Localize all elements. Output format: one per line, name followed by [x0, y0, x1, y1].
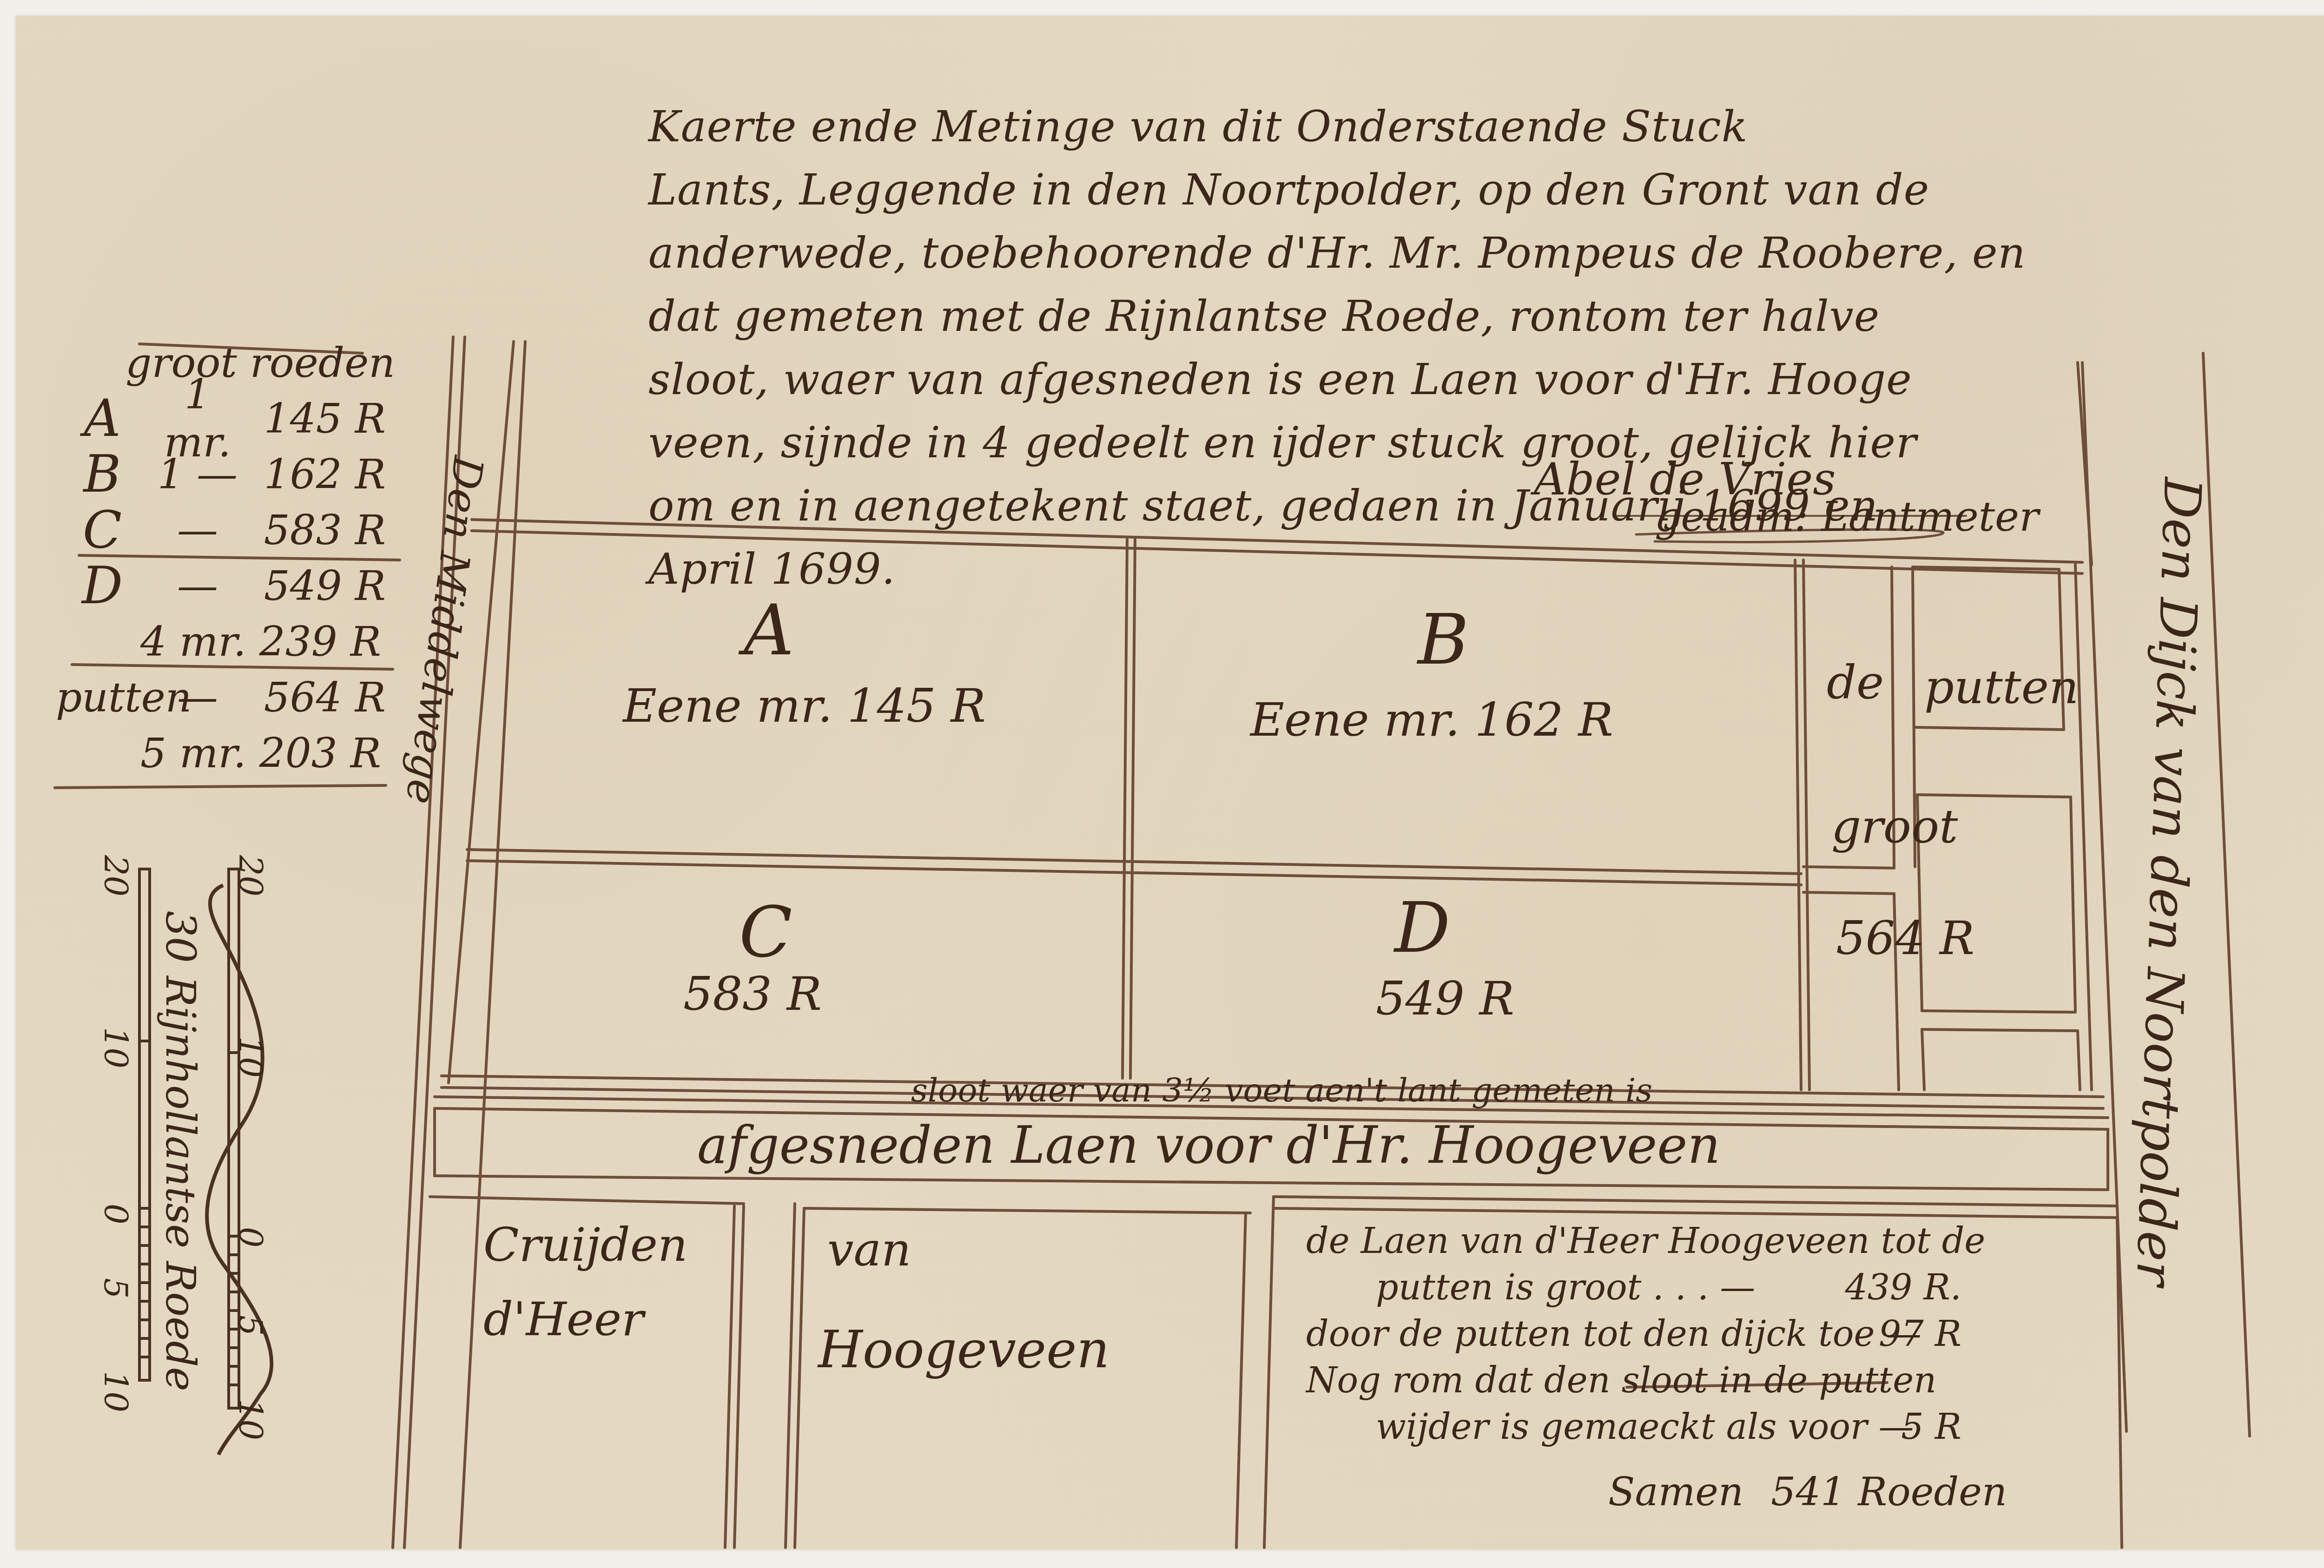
summary-roeden: 162 R	[246, 450, 386, 498]
scale-tick-right: 0	[231, 1227, 270, 1248]
summary-parcel: B	[56, 444, 149, 504]
bottom-parcel-cruijden-line2: d'Heer	[483, 1292, 644, 1346]
heading-line: April 1699.	[648, 538, 1978, 601]
heading-line: sloot, waer van afgesneden is een Laen v…	[648, 348, 1978, 411]
note-text: wijder is gemaeckt als voor —	[1376, 1403, 1841, 1450]
parcel-a-area: Eene mr. 145 R	[623, 679, 986, 733]
scale-tick-left: 0	[97, 1204, 135, 1225]
summary-subtotal: 4 mr. 239 R	[56, 613, 409, 669]
heading-line: dat gemeten met de Rijnlantse Roede, ron…	[648, 285, 1978, 348]
scale-tick-right: 5	[231, 1315, 270, 1336]
note-row: Nog rom dat den sloot in de putten	[1306, 1357, 2007, 1403]
summary-morgen: —	[149, 506, 246, 554]
note-text: de Laen van d'Heer Hoogeveen tot de	[1306, 1218, 1841, 1264]
parcel-b-label: B	[1418, 600, 1469, 680]
parcel-b-area: Eene mr. 162 R	[1250, 692, 1613, 747]
parcel-a-label: A	[744, 590, 794, 671]
note-text: Nog rom dat den sloot in de putten	[1306, 1357, 1841, 1403]
notes-total-row: Samen 541 Roeden	[1306, 1469, 2007, 1515]
notes-total-value: 541 Roeden	[1771, 1469, 2007, 1515]
summary-row: B 1 — 162 R	[56, 446, 409, 502]
note-row: de Laen van d'Heer Hoogeveen tot de	[1306, 1218, 2007, 1264]
ditch-note: sloot waer van 3½ voet aen't lant gemete…	[911, 1071, 1652, 1109]
heading-line: Kaerte ende Metinge van dit Onderstaende…	[648, 95, 1978, 158]
summary-total: 5 mr. 203 R	[56, 725, 409, 781]
summary-parcel: A	[56, 389, 149, 448]
summary-parcel: D	[56, 556, 149, 615]
summary-row: D — 549 R	[56, 558, 409, 613]
summary-putten-row: putten — 564 R	[56, 669, 409, 725]
bottom-parcel-cruijden-line1: Cruijden	[483, 1218, 687, 1272]
summary-putten-value: 564 R	[246, 673, 386, 721]
summary-roeden: 549 R	[246, 562, 386, 610]
scale-tick-right: 20	[231, 855, 270, 896]
summary-putten-dash: —	[149, 673, 246, 721]
note-text: putten is groot . . . —	[1376, 1264, 1841, 1311]
summary-putten-label: putten	[56, 673, 149, 721]
summary-row: C — 583 R	[56, 502, 409, 558]
note-row: door de putten tot den dijck toe —97 R	[1306, 1311, 2007, 1357]
putten-groot: groot	[1831, 799, 1958, 854]
putten-label-de: de	[1827, 655, 1884, 710]
surveyor-title: geadm: Lantmeter	[1655, 493, 2039, 540]
note-value: 5 R	[1841, 1403, 1961, 1450]
bottom-parcel-hoogeveen-line2: Hoogeveen	[818, 1320, 1109, 1379]
parcel-c-label: C	[739, 892, 792, 973]
summary-parcel: C	[56, 500, 149, 560]
summary-roeden: 583 R	[246, 506, 386, 554]
note-value: 97 R	[1841, 1311, 1961, 1357]
summary-table: groot roeden A 1 mr. 145 R B 1 — 162 R C…	[56, 335, 409, 781]
scale-tick-left: 10	[97, 1027, 135, 1068]
lane-strip-label: afgesneden Laen voor d'Hr. Hoogeveen	[697, 1115, 1720, 1175]
note-value: 439 R.	[1841, 1264, 1961, 1311]
parcel-c-area: 583 R	[683, 967, 822, 1021]
summary-morgen: 1 —	[149, 450, 246, 498]
summary-roeden: 145 R	[246, 395, 386, 442]
note-value	[1841, 1218, 1961, 1264]
scale-tick-left: 20	[97, 855, 135, 896]
heading-line: anderwede, toebehoorende d'Hr. Mr. Pompe…	[648, 222, 1978, 285]
scale-tick-right: 10	[231, 1399, 270, 1440]
putten-label: putten	[1924, 660, 2079, 714]
scale-bar-caption: 30 Rijnhollantse Roede	[157, 911, 205, 1391]
note-value	[1841, 1357, 1961, 1403]
scale-tick-left: 5	[97, 1278, 135, 1299]
parcel-d-area: 549 R	[1376, 971, 1514, 1026]
summary-morgen: —	[149, 562, 246, 610]
scale-tick-left: 10	[97, 1371, 135, 1412]
summary-row: A 1 mr. 145 R	[56, 390, 409, 446]
scale-tick-right: 10	[231, 1036, 270, 1078]
area-notes: de Laen van d'Heer Hoogeveen tot de putt…	[1306, 1218, 2007, 1515]
note-row: putten is groot . . . —439 R.	[1306, 1264, 2007, 1311]
note-row: wijder is gemaeckt als voor —5 R	[1306, 1403, 2007, 1450]
note-text: door de putten tot den dijck toe —	[1306, 1311, 1841, 1357]
heading-line: Lants, Leggende in den Noortpolder, op d…	[648, 158, 1978, 222]
bottom-parcel-hoogeveen-line1: van	[827, 1222, 911, 1277]
parcel-d-label: D	[1394, 888, 1450, 968]
putten-area: 564 R	[1836, 911, 1974, 965]
notes-total-label: Samen	[1608, 1469, 1771, 1515]
